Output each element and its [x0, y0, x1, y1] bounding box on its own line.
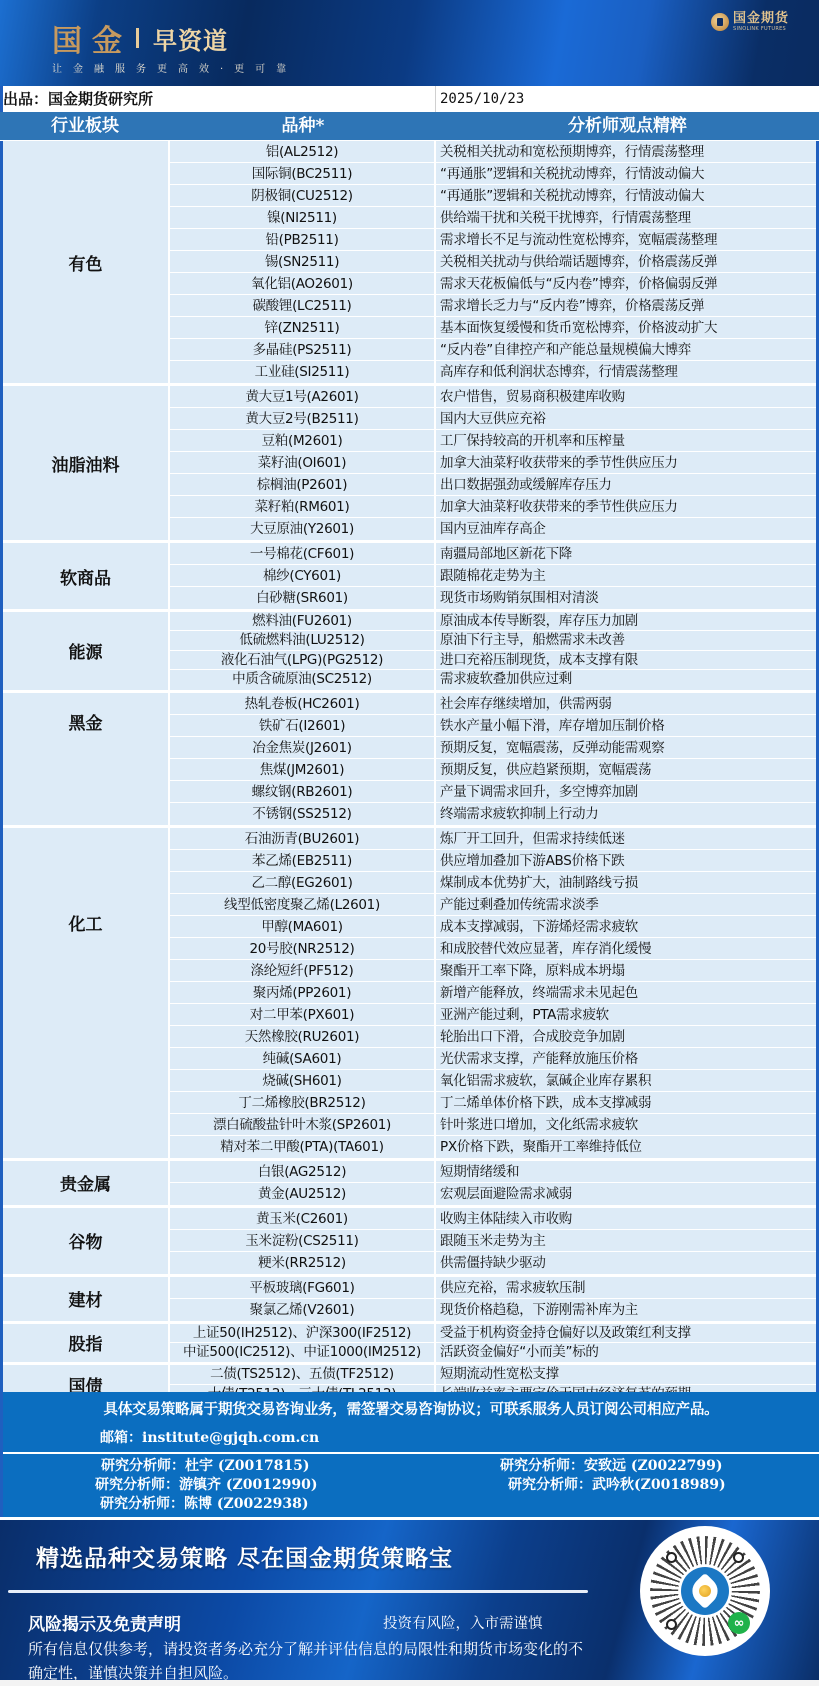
analyst-view-cell: 炼厂开工回升，但需求持续低迷: [436, 828, 816, 849]
analyst-view-cell: 加拿大油菜籽收获带来的季节性供应压力: [436, 452, 816, 473]
risk-disclosure-title: 风险揭示及免责声明: [28, 1610, 181, 1635]
analyst-credit: 研究分析师：武吟秋(Z0018989): [508, 1474, 726, 1494]
analyst-view-cell: 社会库存继续增加，供需两弱: [436, 693, 816, 714]
analyst-view-cell: 原油成本传导断裂，库存压力加剧: [436, 612, 816, 630]
variety-cell: 聚丙烯(PP2601): [170, 982, 436, 1003]
analyst-view-cell: 跟随玉米走势为主: [436, 1230, 816, 1251]
analyst-view-cell: 供给端干扰和关税干扰博弈，行情震荡整理: [436, 207, 816, 228]
sector-label: 有色: [3, 141, 170, 383]
corp-logo: 国金期货 SINOLINK FUTURES: [711, 12, 789, 32]
variety-cell: 螺纹钢(RB2601): [170, 781, 436, 802]
sector-label: 建材: [3, 1277, 170, 1321]
variety-cell: 丁二烯橡胶(BR2512): [170, 1092, 436, 1113]
table-row: 菜籽粕(RM601)加拿大油菜籽收获带来的季节性供应压力: [170, 496, 816, 518]
table-row: 聚丙烯(PP2601)新增产能释放，终端需求未见起色: [170, 982, 816, 1004]
analyst-view-cell: 现货市场购销氛围相对清淡: [436, 587, 816, 609]
variety-cell: 锡(SN2511): [170, 251, 436, 272]
table-row: 天然橡胶(RU2601)轮胎出口下滑，合成胶竞争加剧: [170, 1026, 816, 1048]
table-row: 中证500(IC2512)、中证1000(IM2512)活跃资金偏好“小而美”标…: [170, 1343, 816, 1362]
qr-eye-icon: [666, 1552, 677, 1563]
table-row: 焦煤(JM2601)预期反复，供应趋紧预期，宽幅震荡: [170, 759, 816, 781]
column-header-sector: 行业板块: [0, 112, 170, 140]
variety-cell: 黄大豆1号(A2601): [170, 386, 436, 407]
variety-cell: 氧化铝(AO2601): [170, 273, 436, 294]
variety-cell: 天然橡胶(RU2601): [170, 1026, 436, 1047]
analyst-view-cell: 针叶浆进口增加，文化纸需求疲软: [436, 1114, 816, 1135]
qr-eye-icon: [666, 1619, 677, 1630]
sector-label: 贵金属: [3, 1161, 170, 1205]
table-row: 棕榈油(P2601)出口数据强劲或缓解库存压力: [170, 474, 816, 496]
report-date: 2025/10/23: [436, 86, 524, 112]
analyst-view-cell: PX价格下跌，聚酯开工率维持低位: [436, 1136, 816, 1158]
analyst-view-cell: 出口数据强劲或缓解库存压力: [436, 474, 816, 495]
analyst-credit: 研究分析师：安致远 (Z0022799): [500, 1455, 723, 1475]
table-row: 螺纹钢(RB2601)产量下调需求回升，多空博弈加剧: [170, 781, 816, 803]
variety-cell: 一号棉花(CF601): [170, 543, 436, 564]
analyst-view-cell: 氧化铝需求疲软，氯碱企业库存累积: [436, 1070, 816, 1091]
publisher: 出品：国金期货研究所: [3, 86, 436, 112]
table-row: 精对苯二甲酸(PTA)(TA601)PX价格下跌，聚酯开工率维持低位: [170, 1136, 816, 1158]
sector-label: 谷物: [3, 1208, 170, 1274]
sector-label: 软商品: [3, 543, 170, 609]
table-row: 阴极铜(CU2512)“再通胀”逻辑和关税扰动博弈，行情波动偏大: [170, 185, 816, 207]
table-row: 黄大豆2号(B2511)国内大豆供应充裕: [170, 408, 816, 430]
variety-cell: 铝(AL2512): [170, 141, 436, 162]
mini-program-qr-code-icon[interactable]: ∞: [640, 1526, 770, 1656]
variety-cell: 焦煤(JM2601): [170, 759, 436, 780]
table-row: 国际铜(BC2511)“再通胀”逻辑和关税扰动博弈，行情波动偏大: [170, 163, 816, 185]
analyst-view-cell: 预期反复，宽幅震荡，反弹动能需观察: [436, 737, 816, 758]
variety-cell: 线型低密度聚乙烯(L2601): [170, 894, 436, 915]
table-row: 黄金(AU2512)宏观层面避险需求减弱: [170, 1183, 816, 1205]
variety-cell: 石油沥青(BU2601): [170, 828, 436, 849]
analyst-view-cell: 关税相关扰动和宽松预期博弈，行情震荡整理: [436, 141, 816, 162]
analyst-view-cell: 轮胎出口下滑，合成胶竞争加剧: [436, 1026, 816, 1047]
variety-cell: 大豆原油(Y2601): [170, 518, 436, 540]
qr-eye-icon: [733, 1552, 744, 1563]
table-row: 镍(NI2511)供给端干扰和关税干扰博弈，行情震荡整理: [170, 207, 816, 229]
table-row: 低硫燃料油(LU2512)原油下行主导，船燃需求未改善: [170, 631, 816, 650]
mini-program-link-icon: ∞: [728, 1612, 750, 1634]
header-banner: 国金 早资道 让金融服务更高效·更可靠 国金期货 SINOLINK FUTURE…: [0, 0, 819, 86]
analyst-view-cell: 国内大豆供应充裕: [436, 408, 816, 429]
table-row: 铁矿石(I2601)铁水产量小幅下滑，库存增加压制价格: [170, 715, 816, 737]
table-row: 甲醇(MA601)成本支撑减弱，下游烯烃需求疲软: [170, 916, 816, 938]
analyst-view-cell: 收购主体陆续入市收购: [436, 1208, 816, 1229]
table-row: 苯乙烯(EB2511)供应增加叠加下游ABS价格下跌: [170, 850, 816, 872]
risk-warning: 投资有风险，入市需谨慎: [383, 1612, 543, 1633]
table-row: 多晶硅(PS2511)“反内卷”自律控产和产能总量规模偏大博弈: [170, 339, 816, 361]
table-row: 棉纱(CY601)跟随棉花走势为主: [170, 565, 816, 587]
brand-sub-text: 早资道: [153, 21, 228, 56]
variety-cell: 多晶硅(PS2511): [170, 339, 436, 360]
variety-cell: 液化石油气(LPG)(PG2512): [170, 651, 436, 669]
table-row: 玉米淀粉(CS2511)跟随玉米走势为主: [170, 1230, 816, 1252]
variety-cell: 菜籽油(OI601): [170, 452, 436, 473]
sector-label: 股指: [3, 1324, 170, 1363]
column-header-variety: 品种*: [170, 112, 436, 140]
divider: [3, 1452, 819, 1454]
analyst-view-cell: 光伏需求支撑，产能释放施压价格: [436, 1048, 816, 1069]
analyst-view-cell: 丁二烯单体价格下跌，成本支撑减弱: [436, 1092, 816, 1113]
variety-cell: 豆粕(M2601): [170, 430, 436, 451]
variety-cell: 阴极铜(CU2512): [170, 185, 436, 206]
analyst-view-cell: 短期情绪缓和: [436, 1161, 816, 1182]
variety-cell: 低硫燃料油(LU2512): [170, 631, 436, 649]
sector-group: 油脂油料黄大豆1号(A2601)农户惜售，贸易商积极建库收购黄大豆2号(B251…: [3, 386, 816, 543]
analyst-view-cell: 进口充裕压制现货，成本支撑有限: [436, 651, 816, 669]
sector-label: 能源: [3, 612, 170, 690]
promo-divider: [8, 1590, 588, 1593]
analyst-view-cell: “再通胀”逻辑和关税扰动博弈，行情波动偏大: [436, 163, 816, 184]
variety-cell: 聚氯乙烯(V2601): [170, 1299, 436, 1321]
analyst-view-cell: 和成胶替代效应显著，库存消化缓慢: [436, 938, 816, 959]
variety-cell: 碳酸锂(LC2511): [170, 295, 436, 316]
analyst-view-cell: 现货价格趋稳，下游刚需补库为主: [436, 1299, 816, 1321]
analyst-view-cell: 需求增长不足与流动性宽松博弈，宽幅震荡整理: [436, 229, 816, 250]
variety-cell: 镍(NI2511): [170, 207, 436, 228]
analyst-view-cell: 预期反复，供应趋紧预期，宽幅震荡: [436, 759, 816, 780]
analyst-view-cell: 宏观层面避险需求减弱: [436, 1183, 816, 1205]
analyst-view-cell: 需求增长乏力与“反内卷”博弈，价格震荡反弹: [436, 295, 816, 316]
table-row: 乙二醇(EG2601)煤制成本优势扩大，油制路线亏损: [170, 872, 816, 894]
compass-logo-icon: [681, 1567, 729, 1615]
table-row: 聚氯乙烯(V2601)现货价格趋稳，下游刚需补库为主: [170, 1299, 816, 1321]
variety-cell: 纯碱(SA601): [170, 1048, 436, 1069]
table-row: 不锈钢(SS2512)终端需求疲软抑制上行动力: [170, 803, 816, 825]
variety-cell: 不锈钢(SS2512): [170, 803, 436, 825]
table-row: 对二甲苯(PX601)亚洲产能过剩，PTA需求疲软: [170, 1004, 816, 1026]
analyst-view-cell: 短期流动性宽松支撑: [436, 1365, 816, 1383]
analyst-view-cell: 需求天花板偏低与“反内卷”博弈，价格偏弱反弹: [436, 273, 816, 294]
table-row: 线型低密度聚乙烯(L2601)产能过剩叠加传统需求淡季: [170, 894, 816, 916]
analyst-view-cell: “反内卷”自律控产和产能总量规模偏大博弈: [436, 339, 816, 360]
variety-cell: 黄大豆2号(B2511): [170, 408, 436, 429]
analyst-view-cell: 终端需求疲软抑制上行动力: [436, 803, 816, 825]
analyst-view-cell: 国内豆油库存高企: [436, 518, 816, 540]
variety-cell: 20号胶(NR2512): [170, 938, 436, 959]
variety-cell: 国际铜(BC2511): [170, 163, 436, 184]
table-row: 菜籽油(OI601)加拿大油菜籽收获带来的季节性供应压力: [170, 452, 816, 474]
variety-cell: 乙二醇(EG2601): [170, 872, 436, 893]
table-row: 石油沥青(BU2601)炼厂开工回升，但需求持续低迷: [170, 828, 816, 850]
disclaimer-text: 所有信息仅供参考，请投资者务必充分了解并评估信息的局限性和期货市场变化的不确定性…: [28, 1637, 588, 1685]
brand-logo: 国金 早资道: [52, 18, 228, 58]
variety-cell: 烧碱(SH601): [170, 1070, 436, 1091]
analyst-view-cell: 受益于机构资金持仓偏好以及政策红利支撑: [436, 1324, 816, 1342]
table-row: 碳酸锂(LC2511)需求增长乏力与“反内卷”博弈，价格震荡反弹: [170, 295, 816, 317]
promo-headline: 精选品种交易策略 尽在国金期货策略宝: [36, 1540, 453, 1573]
consulting-notice: 具体交易策略属于期货交易咨询业务，需签署交易咨询协议；可联系服务人员订阅公司相应…: [3, 1398, 819, 1419]
table-row: 锌(ZN2511)基本面恢复缓慢和货币宽松博弈，价格波动扩大: [170, 317, 816, 339]
variety-cell: 上证50(IH2512)、沪深300(IF2512): [170, 1324, 436, 1342]
analyst-view-cell: 供需僵持缺少驱动: [436, 1252, 816, 1274]
table-row: 涤纶短纤(PF512)聚酯开工率下降，原料成本坍塌: [170, 960, 816, 982]
sector-group: 贵金属白银(AG2512)短期情绪缓和黄金(AU2512)宏观层面避险需求减弱: [3, 1161, 816, 1208]
sector-group: 有色铝(AL2512)关税相关扰动和宽松预期博弈，行情震荡整理国际铜(BC251…: [3, 141, 816, 386]
table-row: 漂白硫酸盐针叶木浆(SP2601)针叶浆进口增加，文化纸需求疲软: [170, 1114, 816, 1136]
table-row: 铅(PB2511)需求增长不足与流动性宽松博弈，宽幅震荡整理: [170, 229, 816, 251]
table-row: 二债(TS2512)、五债(TF2512)短期流动性宽松支撑: [170, 1365, 816, 1384]
corp-logo-cn: 国金期货: [733, 12, 789, 25]
brand-separator: [136, 28, 139, 48]
table-header: 行业板块 品种* 分析师观点精粹: [0, 112, 819, 140]
analyst-view-cell: 农户惜售，贸易商积极建库收购: [436, 386, 816, 407]
variety-cell: 黄玉米(C2601): [170, 1208, 436, 1229]
variety-cell: 冶金焦炭(J2601): [170, 737, 436, 758]
slogan: 让金融服务更高效·更可靠: [52, 60, 297, 75]
variety-cell: 铅(PB2511): [170, 229, 436, 250]
analyst-view-cell: 成本支撑减弱，下游烯烃需求疲软: [436, 916, 816, 937]
corp-logo-en: SINOLINK FUTURES: [733, 27, 789, 32]
analyst-view-cell: 产能过剩叠加传统需求淡季: [436, 894, 816, 915]
variety-cell: 棉纱(CY601): [170, 565, 436, 586]
analyst-credit: 研究分析师：陈博 (Z0022938): [100, 1493, 309, 1513]
sector-label: 黑金: [3, 693, 170, 825]
table-row: 液化石油气(LPG)(PG2512)进口充裕压制现货，成本支撑有限: [170, 651, 816, 670]
variety-cell: 中证500(IC2512)、中证1000(IM2512): [170, 1343, 436, 1362]
table-row: 20号胶(NR2512)和成胶替代效应显著，库存消化缓慢: [170, 938, 816, 960]
table-row: 锡(SN2511)关税相关扰动与供给端话题博弈，价格震荡反弹: [170, 251, 816, 273]
sector-group: 能源燃料油(FU2601)原油成本传导断裂，库存压力加剧低硫燃料油(LU2512…: [3, 612, 816, 693]
sector-group: 软商品一号棉花(CF601)南疆局部地区新花下降棉纱(CY601)跟随棉花走势为…: [3, 543, 816, 612]
brand-main-text: 国金: [52, 16, 132, 60]
analyst-view-cell: 供应充裕，需求疲软压制: [436, 1277, 816, 1298]
variety-cell: 工业硅(SI2511): [170, 361, 436, 383]
table-row: 冶金焦炭(J2601)预期反复，宽幅震荡，反弹动能需观察: [170, 737, 816, 759]
analyst-credit: 研究分析师：游镇齐 (Z0012990): [95, 1474, 318, 1494]
sector-group: 建材平板玻璃(FG601)供应充裕，需求疲软压制聚氯乙烯(V2601)现货价格趋…: [3, 1277, 816, 1324]
variety-cell: 对二甲苯(PX601): [170, 1004, 436, 1025]
sector-label: 化工: [3, 828, 170, 1158]
analyst-view-cell: 关税相关扰动与供给端话题博弈，价格震荡反弹: [436, 251, 816, 272]
table-row: 烧碱(SH601)氧化铝需求疲软，氯碱企业库存累积: [170, 1070, 816, 1092]
table-row: 氧化铝(AO2601)需求天花板偏低与“反内卷”博弈，价格偏弱反弹: [170, 273, 816, 295]
analyst-view-cell: 跟随棉花走势为主: [436, 565, 816, 586]
promo-banner: 精选品种交易策略 尽在国金期货策略宝 风险揭示及免责声明 投资有风险，入市需谨慎…: [0, 1520, 819, 1686]
table-row: 铝(AL2512)关税相关扰动和宽松预期博弈，行情震荡整理: [170, 141, 816, 163]
analyst-view-cell: 活跃资金偏好“小而美”标的: [436, 1343, 816, 1362]
table-row: 粳米(RR2512)供需僵持缺少驱动: [170, 1252, 816, 1274]
variety-cell: 二债(TS2512)、五债(TF2512): [170, 1365, 436, 1383]
table-row: 黄大豆1号(A2601)农户惜售，贸易商积极建库收购: [170, 386, 816, 408]
analyst-view-cell: 产量下调需求回升，多空博弈加剧: [436, 781, 816, 802]
variety-cell: 平板玻璃(FG601): [170, 1277, 436, 1298]
analyst-view-cell: 原油下行主导，船燃需求未改善: [436, 631, 816, 649]
table-row: 黄玉米(C2601)收购主体陆续入市收购: [170, 1208, 816, 1230]
variety-cell: 白银(AG2512): [170, 1161, 436, 1182]
table-row: 燃料油(FU2601)原油成本传导断裂，库存压力加剧: [170, 612, 816, 631]
analyst-view-cell: 煤制成本优势扩大，油制路线亏损: [436, 872, 816, 893]
variety-cell: 涤纶短纤(PF512): [170, 960, 436, 981]
sector-group: 谷物黄玉米(C2601)收购主体陆续入市收购玉米淀粉(CS2511)跟随玉米走势…: [3, 1208, 816, 1277]
table-row: 白砂糖(SR601)现货市场购销氛围相对清淡: [170, 587, 816, 609]
variety-cell: 热轧卷板(HC2601): [170, 693, 436, 714]
sector-group: 黑金热轧卷板(HC2601)社会库存继续增加，供需两弱铁矿石(I2601)铁水产…: [3, 693, 816, 828]
title-row: 出品：国金期货研究所 2025/10/23: [0, 86, 819, 112]
variety-cell: 甲醇(MA601): [170, 916, 436, 937]
analyst-view-cell: 基本面恢复缓慢和货币宽松博弈，价格波动扩大: [436, 317, 816, 338]
column-header-view: 分析师观点精粹: [436, 112, 819, 140]
analyst-view-cell: 新增产能释放，终端需求未见起色: [436, 982, 816, 1003]
sector-label: 油脂油料: [3, 386, 170, 540]
analyst-view-cell: 铁水产量小幅下滑，库存增加压制价格: [436, 715, 816, 736]
table-row: 豆粕(M2601)工厂保持较高的开机率和压榨量: [170, 430, 816, 452]
variety-cell: 漂白硫酸盐针叶木浆(SP2601): [170, 1114, 436, 1135]
variety-cell: 精对苯二甲酸(PTA)(TA601): [170, 1136, 436, 1158]
variety-cell: 棕榈油(P2601): [170, 474, 436, 495]
table-row: 上证50(IH2512)、沪深300(IF2512)受益于机构资金持仓偏好以及政…: [170, 1324, 816, 1343]
variety-cell: 锌(ZN2511): [170, 317, 436, 338]
analyst-view-cell: 聚酯开工率下降，原料成本坍塌: [436, 960, 816, 981]
table-row: 平板玻璃(FG601)供应充裕，需求疲软压制: [170, 1277, 816, 1299]
sector-group: 股指上证50(IH2512)、沪深300(IF2512)受益于机构资金持仓偏好以…: [3, 1324, 816, 1366]
table-row: 大豆原油(Y2601)国内豆油库存高企: [170, 518, 816, 540]
table-row: 中质含硫原油(SC2512)需求疲软叠加供应过剩: [170, 670, 816, 689]
analyst-view-cell: 加拿大油菜籽收获带来的季节性供应压力: [436, 496, 816, 517]
footer-info: 具体交易策略属于期货交易咨询业务，需签署交易咨询协议；可联系服务人员订阅公司相应…: [0, 1392, 819, 1517]
analyst-view-cell: 供应增加叠加下游ABS价格下跌: [436, 850, 816, 871]
table-row: 工业硅(SI2511)高库存和低利润状态博弈，行情震荡整理: [170, 361, 816, 383]
table-row: 丁二烯橡胶(BR2512)丁二烯单体价格下跌，成本支撑减弱: [170, 1092, 816, 1114]
analyst-view-cell: 南疆局部地区新花下降: [436, 543, 816, 564]
table-row: 一号棉花(CF601)南疆局部地区新花下降: [170, 543, 816, 565]
table-row: 白银(AG2512)短期情绪缓和: [170, 1161, 816, 1183]
analyst-view-cell: 亚洲产能过剩，PTA需求疲软: [436, 1004, 816, 1025]
analyst-view-cell: 需求疲软叠加供应过剩: [436, 670, 816, 689]
coin-logo-icon: [711, 13, 729, 31]
variety-cell: 中质含硫原油(SC2512): [170, 670, 436, 689]
variety-cell: 燃料油(FU2601): [170, 612, 436, 630]
variety-cell: 粳米(RR2512): [170, 1252, 436, 1274]
variety-cell: 黄金(AU2512): [170, 1183, 436, 1205]
variety-cell: 白砂糖(SR601): [170, 587, 436, 609]
table-row: 热轧卷板(HC2601)社会库存继续增加，供需两弱: [170, 693, 816, 715]
analyst-view-cell: 高库存和低利润状态博弈，行情震荡整理: [436, 361, 816, 383]
variety-cell: 玉米淀粉(CS2511): [170, 1230, 436, 1251]
contact-email: 邮箱：institute@gjqh.com.cn: [100, 1427, 319, 1447]
analyst-view-cell: 工厂保持较高的开机率和压榨量: [436, 430, 816, 451]
variety-cell: 菜籽粕(RM601): [170, 496, 436, 517]
analyst-view-cell: “再通胀”逻辑和关税扰动博弈，行情波动偏大: [436, 185, 816, 206]
page-bottom-edge: [0, 1680, 819, 1686]
table-row: 纯碱(SA601)光伏需求支撑，产能释放施压价格: [170, 1048, 816, 1070]
variety-cell: 苯乙烯(EB2511): [170, 850, 436, 871]
variety-cell: 铁矿石(I2601): [170, 715, 436, 736]
strategy-table: 有色铝(AL2512)关税相关扰动和宽松预期博弈，行情震荡整理国际铜(BC251…: [0, 141, 819, 1407]
sector-group: 化工石油沥青(BU2601)炼厂开工回升，但需求持续低迷苯乙烯(EB2511)供…: [3, 828, 816, 1161]
analyst-credit: 研究分析师：杜宇 (Z0017815): [101, 1455, 310, 1475]
